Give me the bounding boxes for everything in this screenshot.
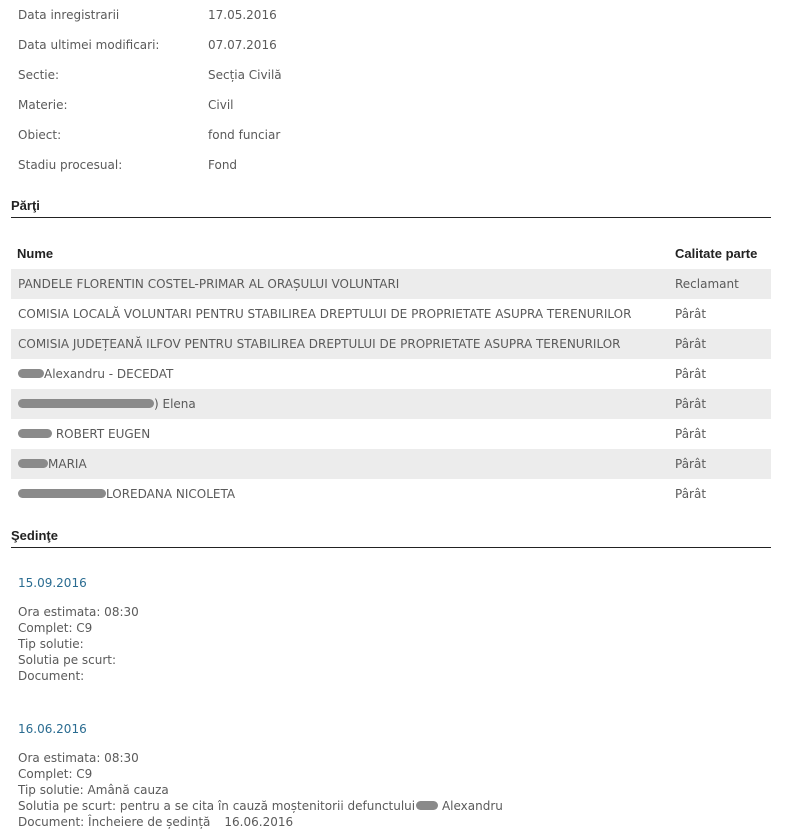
party-name: COMISIA LOCALĂ VOLUNTARI PENTRU STABILIR… [11,299,673,329]
detail-label: Obiect: [18,120,208,150]
hearing-fields: Ora estimata: 08:30Complet: C9Tip soluti… [18,604,778,684]
parties-section-title: Părţi [11,198,771,218]
detail-row-registration-date: Data inregistrarii 17.05.2016 [18,0,778,30]
party-name-text: MARIA [48,457,87,471]
party-name: ) Elena [11,389,673,419]
party-name: ROBERT EUGEN [11,419,673,449]
detail-value: 07.07.2016 [208,30,778,60]
parties-table: Nume Calitate parte PANDELE FLORENTIN CO… [11,239,771,509]
case-details: Data inregistrarii 17.05.2016 Data ultim… [18,0,778,180]
detail-label: Stadiu procesual: [18,150,208,180]
detail-row-object: Obiect: fond funciar [18,120,778,150]
party-role: Pârât [673,449,771,479]
hearing-solution-type: Tip solutie: [18,636,778,652]
hearings-section-title: Şedinţe [11,528,771,548]
redaction-mark [18,429,52,438]
table-row: MARIAPârât [11,449,771,479]
party-name-text: ) Elena [154,397,196,411]
party-name-text: ROBERT EUGEN [52,427,150,441]
party-name-text: COMISIA JUDEȚEANĂ ILFOV PENTRU STABILIRE… [18,337,621,351]
detail-label: Sectie: [18,60,208,90]
hearing-document: Document: [18,668,778,684]
party-role: Reclamant [673,269,771,299]
solution-summary-text: Solutia pe scurt: [18,653,116,667]
hearing-fields: Ora estimata: 08:30Complet: C9Tip soluti… [18,750,778,830]
party-role: Pârât [673,359,771,389]
party-name: Alexandru - DECEDAT [11,359,673,389]
hearings-list: 15.09.2016Ora estimata: 08:30Complet: C9… [18,570,778,830]
hearing-solution-summary: Solutia pe scurt: [18,652,778,668]
redaction-mark [18,489,106,498]
parties-table-header: Nume Calitate parte [11,239,771,269]
party-name: PANDELE FLORENTIN COSTEL-PRIMAR AL ORAȘU… [11,269,673,299]
detail-label: Materie: [18,90,208,120]
column-header-name: Nume [11,239,673,269]
party-name-text: PANDELE FLORENTIN COSTEL-PRIMAR AL ORAȘU… [18,277,399,291]
table-row: COMISIA LOCALĂ VOLUNTARI PENTRU STABILIR… [11,299,771,329]
party-name-text: Alexandru - DECEDAT [44,367,173,381]
table-row: ) ElenaPârât [11,389,771,419]
table-row: COMISIA JUDEȚEANĂ ILFOV PENTRU STABILIRE… [11,329,771,359]
solution-summary-text: Solutia pe scurt: pentru a se cita în ca… [18,799,415,813]
detail-row-procedural-stage: Stadiu procesual: Fond [18,150,778,180]
hearing: 15.09.2016Ora estimata: 08:30Complet: C9… [18,570,778,684]
detail-value: 17.05.2016 [208,0,778,30]
solution-summary-suffix: Alexandru [438,799,503,813]
document-text: Document: Încheiere de ședință [18,815,210,829]
table-row: PANDELE FLORENTIN COSTEL-PRIMAR AL ORAȘU… [11,269,771,299]
detail-row-section: Sectie: Secția Civilă [18,60,778,90]
party-role: Pârât [673,479,771,509]
hearing-time: Ora estimata: 08:30 [18,750,778,766]
party-name-text: COMISIA LOCALĂ VOLUNTARI PENTRU STABILIR… [18,307,631,321]
hearing-document: Document: Încheiere de ședință16.06.2016 [18,814,778,830]
party-name-text: LOREDANA NICOLETA [106,487,235,501]
redaction-mark [18,399,154,408]
party-role: Pârât [673,329,771,359]
hearing-time: Ora estimata: 08:30 [18,604,778,620]
redaction-mark [18,369,44,378]
detail-label: Data ultimei modificari: [18,30,208,60]
party-role: Pârât [673,419,771,449]
hearing-panel: Complet: C9 [18,620,778,636]
hearing-solution-summary: Solutia pe scurt: pentru a se cita în ca… [18,798,778,814]
table-row: ROBERT EUGENPârât [11,419,771,449]
hearing: 16.06.2016Ora estimata: 08:30Complet: C9… [18,716,778,830]
table-row: Alexandru - DECEDATPârât [11,359,771,389]
party-role: Pârât [673,299,771,329]
hearing-panel: Complet: C9 [18,766,778,782]
party-name: MARIA [11,449,673,479]
redaction-mark [18,459,48,468]
table-row: LOREDANA NICOLETAPârât [11,479,771,509]
party-role: Pârât [673,389,771,419]
detail-row-last-modified: Data ultimei modificari: 07.07.2016 [18,30,778,60]
document-date: 16.06.2016 [224,815,293,829]
party-name: COMISIA JUDEȚEANĂ ILFOV PENTRU STABILIRE… [11,329,673,359]
detail-label: Data inregistrarii [18,0,208,30]
detail-row-matter: Materie: Civil [18,90,778,120]
detail-value: Secția Civilă [208,60,778,90]
column-header-role: Calitate parte [673,239,771,269]
redaction-mark [416,801,438,810]
detail-value: fond funciar [208,120,778,150]
hearing-date: 16.06.2016 [18,716,778,742]
detail-value: Fond [208,150,778,180]
hearing-solution-type: Tip solutie: Amână cauza [18,782,778,798]
document-text: Document: [18,669,84,683]
party-name: LOREDANA NICOLETA [11,479,673,509]
detail-value: Civil [208,90,778,120]
hearing-date: 15.09.2016 [18,570,778,596]
